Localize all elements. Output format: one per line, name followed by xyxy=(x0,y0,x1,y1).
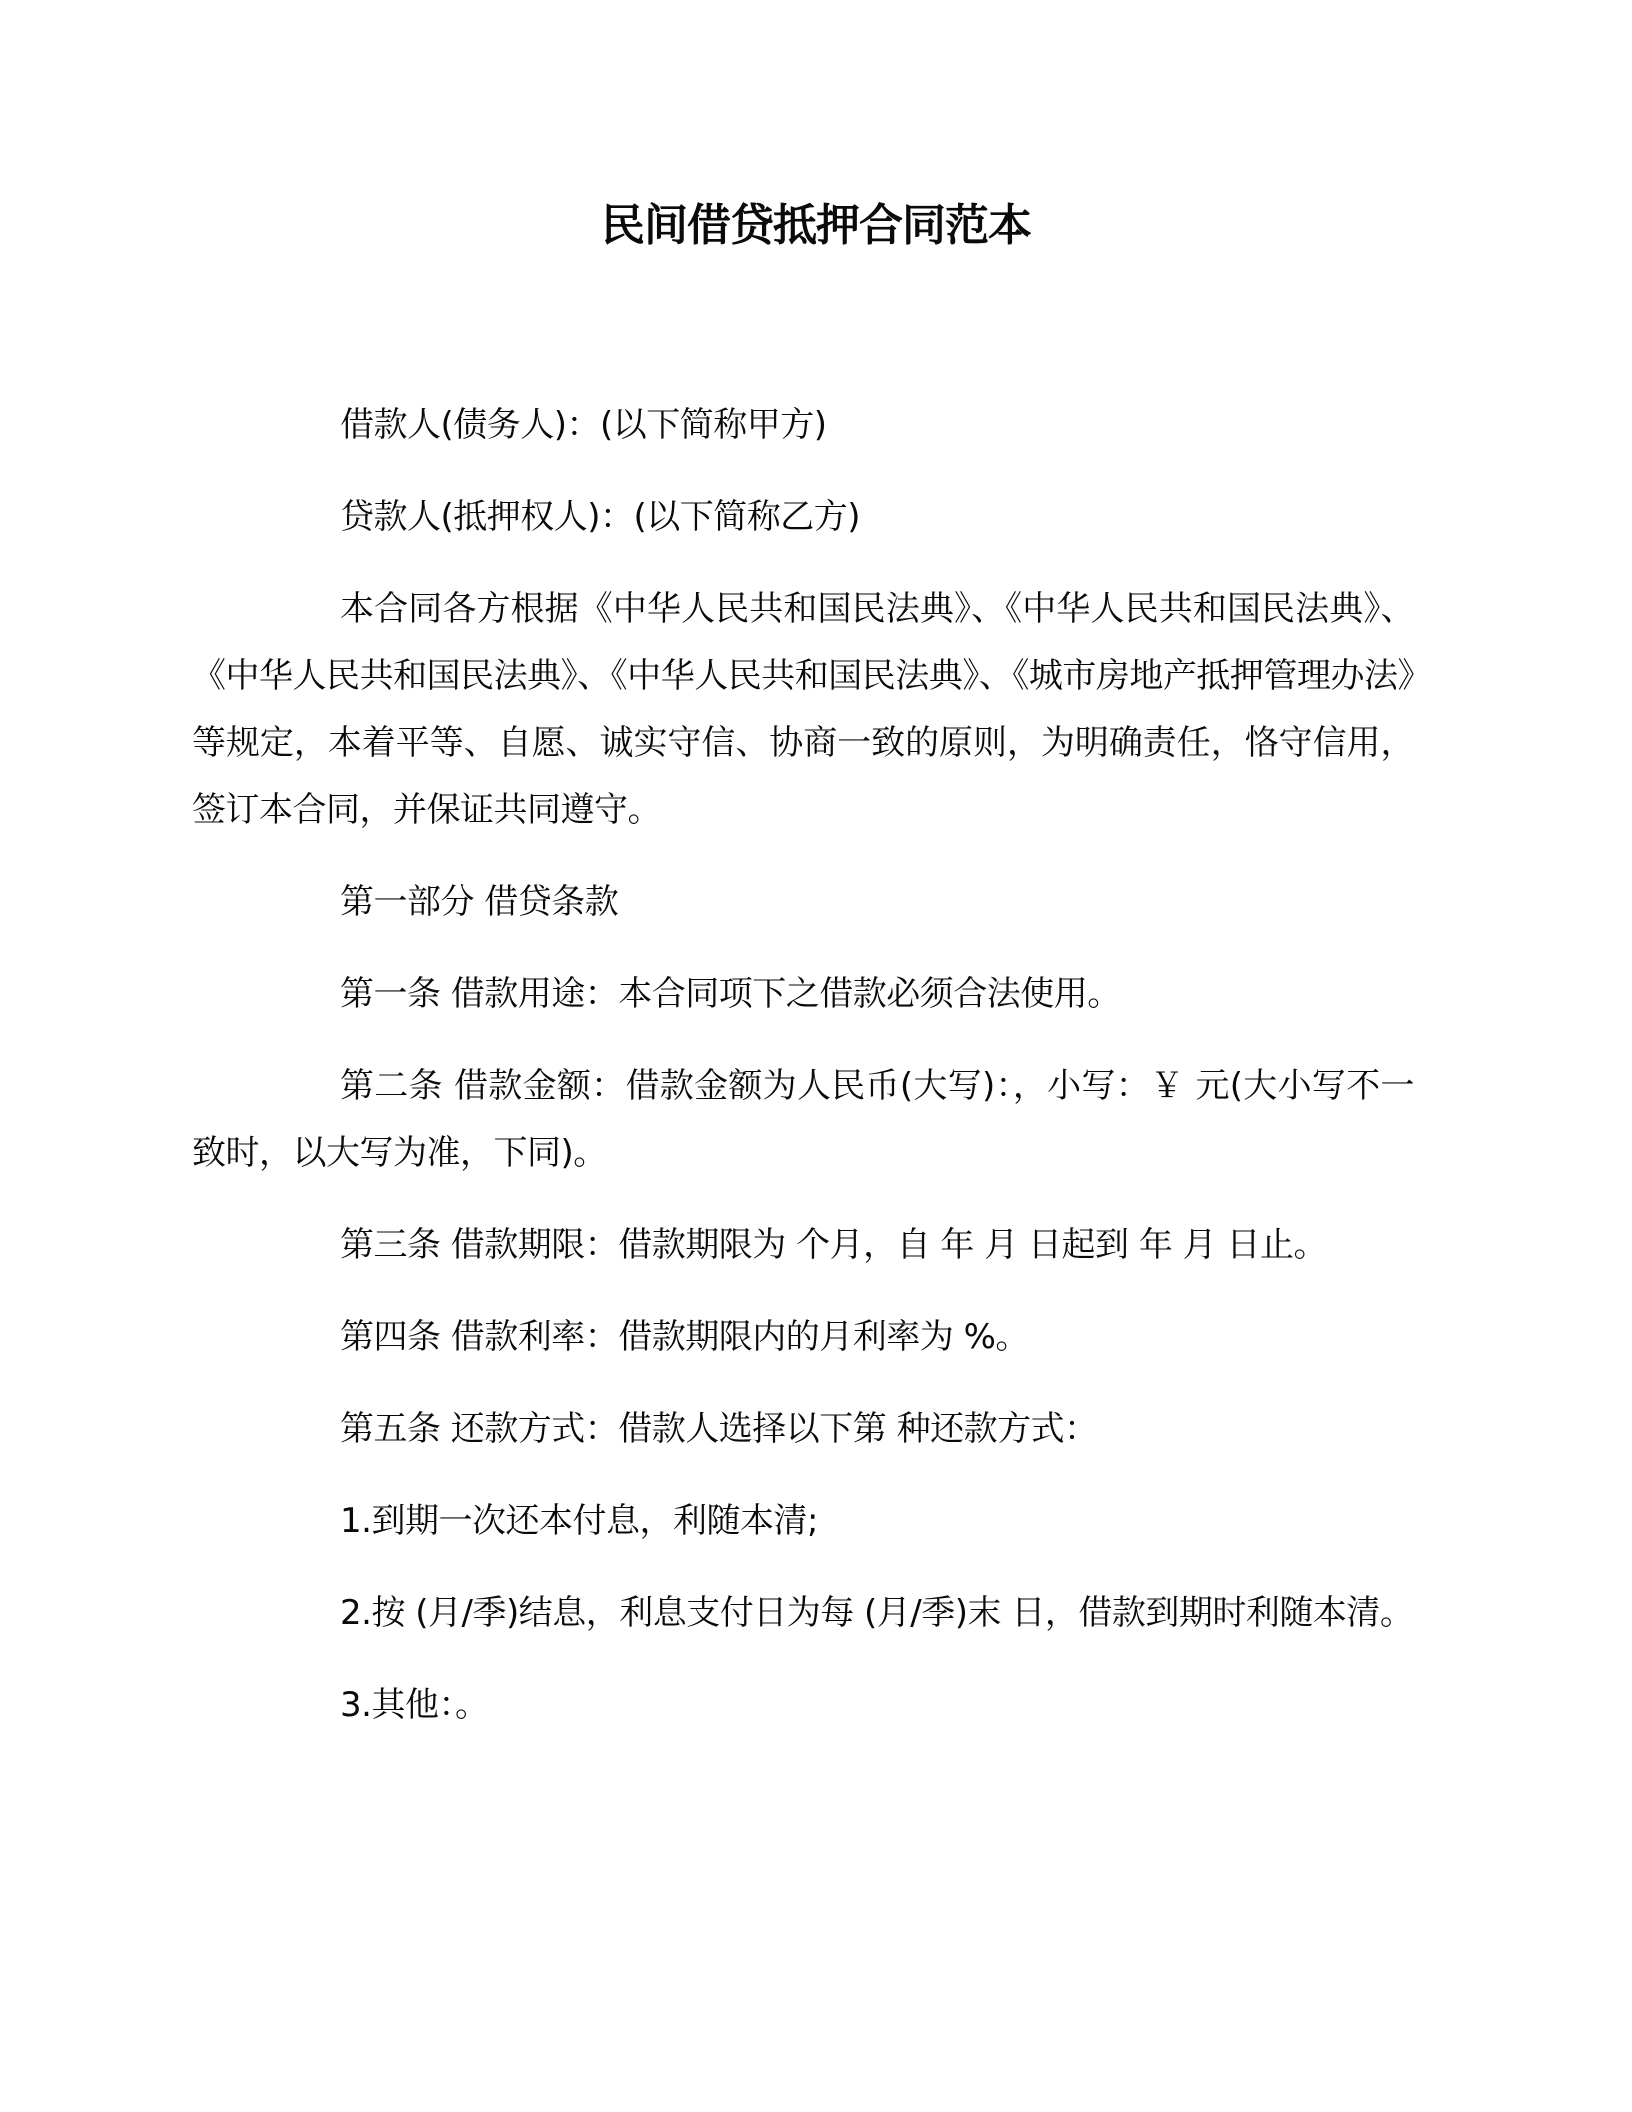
lender-line: 贷款人(抵押权人)：(以下简称乙方) xyxy=(192,484,1414,551)
repayment-option-1: 1.到期一次还本付息，利随本清; xyxy=(192,1488,1414,1555)
repayment-option-3: 3.其他：。 xyxy=(192,1672,1414,1739)
section-heading-part-one: 第一部分 借贷条款 xyxy=(192,869,1414,936)
article-3-loan-term: 第三条 借款期限：借款期限为 个月，自 年 月 日起到 年 月 日止。 xyxy=(192,1212,1414,1279)
borrower-line: 借款人(债务人)：(以下简称甲方) xyxy=(192,392,1414,459)
article-2-loan-amount: 第二条 借款金额：借款金额为人民币(大写)：，小写：￥ 元(大小写不一致时，以大… xyxy=(192,1053,1414,1187)
document-body: 借款人(债务人)：(以下简称甲方) 贷款人(抵押权人)：(以下简称乙方) 本合同… xyxy=(192,392,1414,1764)
article-4-interest-rate: 第四条 借款利率：借款期限内的月利率为 %。 xyxy=(192,1304,1414,1371)
document-page: 民间借贷抵押合同范本 借款人(债务人)：(以下简称甲方) 贷款人(抵押权人)：(… xyxy=(0,0,1632,2112)
document-title: 民间借贷抵押合同范本 xyxy=(0,196,1632,256)
article-5-repayment-method: 第五条 还款方式：借款人选择以下第 种还款方式： xyxy=(192,1396,1414,1463)
article-1-loan-purpose: 第一条 借款用途：本合同项下之借款必须合法使用。 xyxy=(192,961,1414,1028)
repayment-option-2: 2.按 (月/季)结息，利息支付日为每 (月/季)末 日，借款到期时利随本清。 xyxy=(192,1580,1414,1647)
preamble-paragraph: 本合同各方根据《中华人民共和国民法典》、《中华人民共和国民法典》、《中华人民共和… xyxy=(192,576,1414,844)
